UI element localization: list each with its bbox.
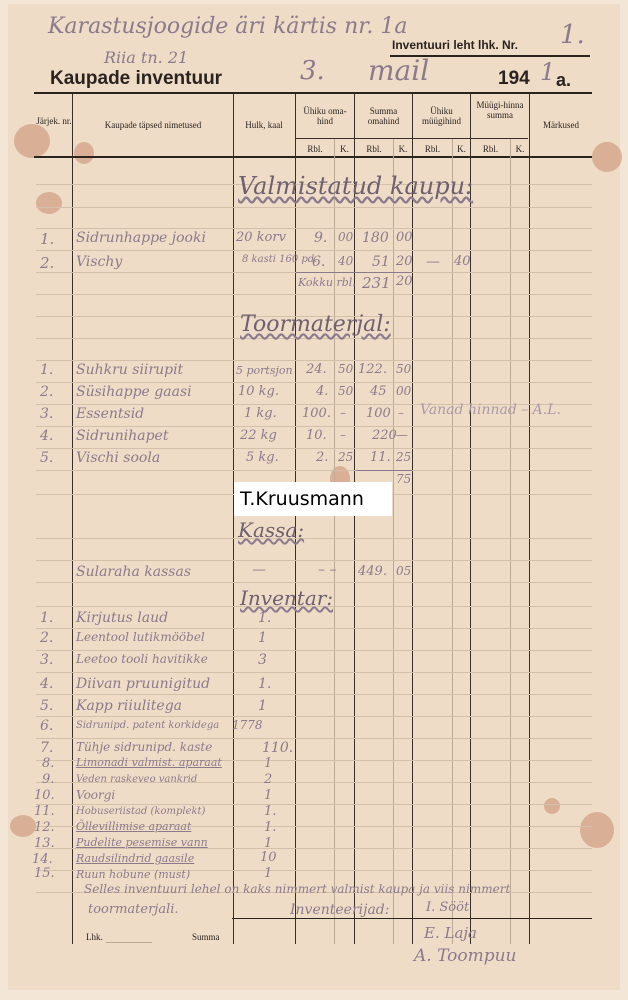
row-name: Suhkru siirupit (76, 362, 183, 378)
row-nr: 15. (34, 866, 55, 881)
section-title-cash: Kassa: (238, 518, 304, 542)
row-nr: 2. (40, 254, 54, 272)
rule (36, 250, 592, 251)
row-unit-k: 50 (338, 362, 353, 376)
row-qty: 5 portsjon (236, 364, 293, 377)
col-header-jrk: Järjek. nr. (36, 116, 72, 126)
row-nr: 14. (32, 852, 53, 867)
subheader-rule (296, 138, 528, 139)
stain (36, 192, 62, 214)
row-sum-rbl: 122. (358, 362, 387, 377)
row-name: Ruun hobune (must) (76, 868, 190, 881)
row-name: Leetoo tooli havitikke (76, 652, 208, 666)
row-unit-rbl: 9. (314, 230, 327, 246)
row-sum-rbl: 449. (358, 564, 387, 579)
total-rbl: 231 (362, 274, 391, 292)
row-nr: 11. (34, 804, 55, 819)
row-qty: 1 (264, 788, 272, 803)
col-header-unit-sale: Ühiku müügihind (414, 106, 469, 126)
row-qty: — (252, 562, 266, 578)
col-header-sum-sale: Müügi-hinna summa (472, 100, 528, 120)
row-nr: 8. (42, 756, 54, 771)
shop-address: Riia tn. 21 (104, 48, 188, 67)
summa-label: Summa (192, 932, 220, 942)
row-qty: 1 (264, 756, 272, 771)
row-unit-rbl: 6. (312, 254, 325, 270)
row-name: Hobuseriistad (komplekt) (76, 806, 205, 817)
row-unit-k: 25 (338, 450, 353, 464)
row-unit-rbl: 24. (306, 362, 327, 377)
lhk-label: Lhk. (86, 932, 103, 942)
stain (10, 815, 36, 837)
inventors-label: Inventeerijad: (290, 902, 390, 918)
row-sum-k: 00 (396, 230, 413, 245)
col-divider (412, 94, 413, 944)
shop-name: Karastusjoogide äri kärtis nr. 1a (48, 14, 407, 39)
row-name: Vischy (76, 254, 122, 270)
row-sale-k: 40 (454, 254, 471, 269)
row-sum-rbl: 11. (370, 450, 391, 465)
row-sum-k: 25 (396, 450, 411, 464)
stain (74, 142, 94, 164)
row-name: Sidrunhappe jooki (76, 230, 206, 246)
signer-2: E. Laja (424, 924, 477, 942)
col-header-notes: Märkused (530, 120, 592, 130)
row-qty: 10 (260, 850, 277, 865)
row-sum-rbl: 51 (372, 254, 390, 270)
row-qty: 22 kg (240, 428, 277, 443)
row-qty: 3 (258, 652, 267, 668)
row-nr: 4. (40, 428, 53, 444)
row-name: Leentool lutikmööbel (76, 630, 205, 644)
row-name: Kapp riiulitega (76, 698, 182, 714)
row-name: Diivan pruunigitud (76, 676, 210, 692)
rule (36, 382, 592, 383)
row-qty: 2 (264, 772, 272, 787)
row-sum-rbl: 180 (362, 230, 389, 246)
row-nr: 3. (40, 652, 53, 668)
row-name: Essentsid (76, 406, 144, 422)
row-nr: 6. (40, 718, 53, 734)
row-qty: 1 kg. (244, 406, 277, 421)
col-divider (452, 138, 453, 944)
row-nr: 3. (40, 406, 53, 422)
raw-note: Vanad hinnad – A.L. (420, 402, 561, 418)
date-month: mail (368, 54, 429, 87)
row-sum-rbl: 100 (366, 406, 391, 421)
rule (36, 672, 592, 673)
rule (36, 338, 592, 339)
row-nr: 2. (40, 384, 53, 400)
rbl-label: Rbl. (413, 144, 452, 154)
rule (36, 650, 592, 651)
row-unit: – – (318, 562, 336, 578)
row-nr: 9. (42, 772, 54, 787)
col-header-name: Kaupade täpsed nimetused (74, 120, 232, 130)
row-unit-rbl: 100. (302, 406, 331, 421)
rbl-label: Rbl. (471, 144, 510, 154)
rule (36, 538, 592, 539)
row-qty: 1 (264, 866, 272, 881)
rule (36, 228, 592, 229)
lhk-line (106, 942, 152, 943)
section-title-inventory: Inventar: (240, 586, 333, 610)
row-nr: 1. (40, 610, 53, 626)
rule (36, 560, 592, 561)
stain (592, 142, 622, 172)
sheet-number: 1. (560, 20, 585, 50)
year-hand: 1 (540, 58, 555, 86)
row-sum-rbl: 45 (370, 384, 387, 399)
col-divider (72, 94, 73, 944)
footer-statement-line2: toormaterjali. (88, 902, 179, 917)
rule (36, 426, 592, 427)
partial-total-k: 75 (396, 472, 411, 486)
col-divider (233, 94, 234, 944)
rule (36, 716, 592, 717)
signature-stamp: T.Kruusmann (234, 482, 392, 516)
row-sum-k: 05 (396, 564, 411, 578)
row-sale-rbl: — (426, 254, 440, 270)
row-unit-rbl: 2. (316, 450, 328, 465)
total-rule (356, 470, 412, 471)
k-label: K. (511, 144, 529, 154)
row-nr: 2. (40, 630, 53, 646)
row-name: Vischi soola (76, 450, 160, 466)
year-suffix: a. (556, 70, 571, 91)
row-nr: 12. (34, 820, 55, 835)
row-name: Tühje sidrunipd. kaste (76, 740, 212, 754)
col-divider (334, 138, 335, 944)
row-sum-k: 00 (396, 384, 411, 398)
row-nr: 1. (40, 362, 53, 378)
col-header-sum-cost: Summa omahind (356, 106, 411, 126)
row-qty: 1 (258, 698, 267, 714)
row-qty: 8 kasti 160 pd. (242, 254, 317, 265)
row-qty: 10 kg. (238, 384, 279, 399)
row-unit-rbl: 4. (316, 384, 328, 399)
rule (36, 470, 592, 471)
stain (544, 798, 560, 814)
rule (36, 804, 592, 805)
row-nr: 13. (34, 836, 55, 851)
row-qty: 20 korv (236, 230, 286, 245)
row-unit-k: 00 (338, 230, 353, 244)
row-sum-k: — (396, 428, 408, 442)
row-sum-k: 20 (396, 254, 413, 269)
row-qty: 1. (264, 820, 276, 835)
row-unit-rbl: 10. (306, 428, 327, 443)
rule (36, 360, 592, 361)
rbl-label: Rbl. (296, 144, 334, 154)
rule (36, 628, 592, 629)
row-sum-rbl: 220 (372, 428, 397, 443)
footer-statement-line1: Selles inventuuri lehel on kaks nimmert … (84, 882, 510, 896)
row-name: Pudelite pesemise vann (76, 836, 208, 849)
year-printed: 194 (498, 68, 530, 90)
row-unit-k: – (340, 428, 346, 442)
row-unit-k: 50 (338, 384, 353, 398)
title-rule (34, 92, 592, 94)
row-name: Voorgi (76, 788, 115, 802)
row-name: Sidrunipd. patent korkidega (76, 720, 219, 731)
row-nr: 4. (40, 676, 53, 692)
date-day: 3. (300, 56, 325, 86)
rule (36, 582, 592, 583)
total-label: Kokku rbl. (298, 276, 356, 289)
row-nr: 1. (40, 230, 54, 248)
row-sum-k: 50 (396, 362, 411, 376)
row-nr: 7. (40, 740, 53, 756)
row-unit-k: – (340, 406, 346, 420)
k-label: K. (335, 144, 354, 154)
row-unit-k: 40 (338, 254, 353, 268)
section-title-raw: Toormaterjal: (240, 312, 391, 337)
row-nr: 10. (34, 788, 55, 803)
row-name: Õllevillimise aparaat (76, 820, 191, 833)
row-nr: 5. (40, 450, 53, 466)
k-label: K. (394, 144, 412, 154)
page-title: Kaupade inventuur (50, 68, 222, 90)
rbl-label: Rbl. (355, 144, 393, 154)
row-name: Limonadi valmist. aparaat (76, 756, 222, 769)
row-name: Kirjutus laud (76, 610, 168, 626)
rule (36, 738, 592, 739)
col-header-qty: Hulk, kaal (234, 120, 294, 130)
row-name: Sularaha kassas (76, 564, 191, 580)
row-name: Veden raskeveo vankrid (76, 774, 197, 785)
col-divider (529, 94, 530, 944)
rule (36, 207, 592, 208)
row-qty: 1 (264, 836, 272, 851)
stain (14, 124, 50, 158)
rule (36, 294, 592, 295)
signer-3: A. Toompuu (414, 946, 516, 966)
col-divider (393, 138, 394, 944)
rule (36, 448, 592, 449)
rule (36, 694, 592, 695)
row-sum-k: – (398, 406, 404, 420)
row-qty: 1778 (232, 718, 263, 732)
row-qty: 5 kg. (246, 450, 279, 465)
row-qty: 1. (258, 676, 271, 692)
row-qty: 1 (258, 630, 267, 646)
row-qty: 110. (262, 740, 293, 756)
k-label: K. (453, 144, 470, 154)
stain (580, 812, 614, 848)
row-qty: 1. (264, 804, 276, 819)
row-qty: 1. (258, 610, 271, 626)
sheet-label: Inventuuri leht lhk. Nr. (392, 38, 518, 52)
row-name: Sidrunihapet (76, 428, 168, 444)
section-title-finished: Valmistatud kaupu: (238, 172, 473, 200)
col-divider (510, 138, 511, 944)
row-name: Raudsilindrid gaasile (76, 852, 194, 865)
col-divider (354, 94, 355, 944)
row-nr: 5. (40, 698, 53, 714)
col-divider (470, 94, 471, 944)
footer-rule (232, 918, 592, 919)
col-header-unit-cost: Ühiku oma-hind (297, 106, 353, 126)
signer-1: I. Sööt (426, 900, 469, 915)
row-name: Süsihappe gaasi (76, 384, 192, 400)
header-bottom-rule (34, 156, 592, 158)
total-k: 20 (396, 274, 413, 289)
total-rule (296, 272, 412, 273)
